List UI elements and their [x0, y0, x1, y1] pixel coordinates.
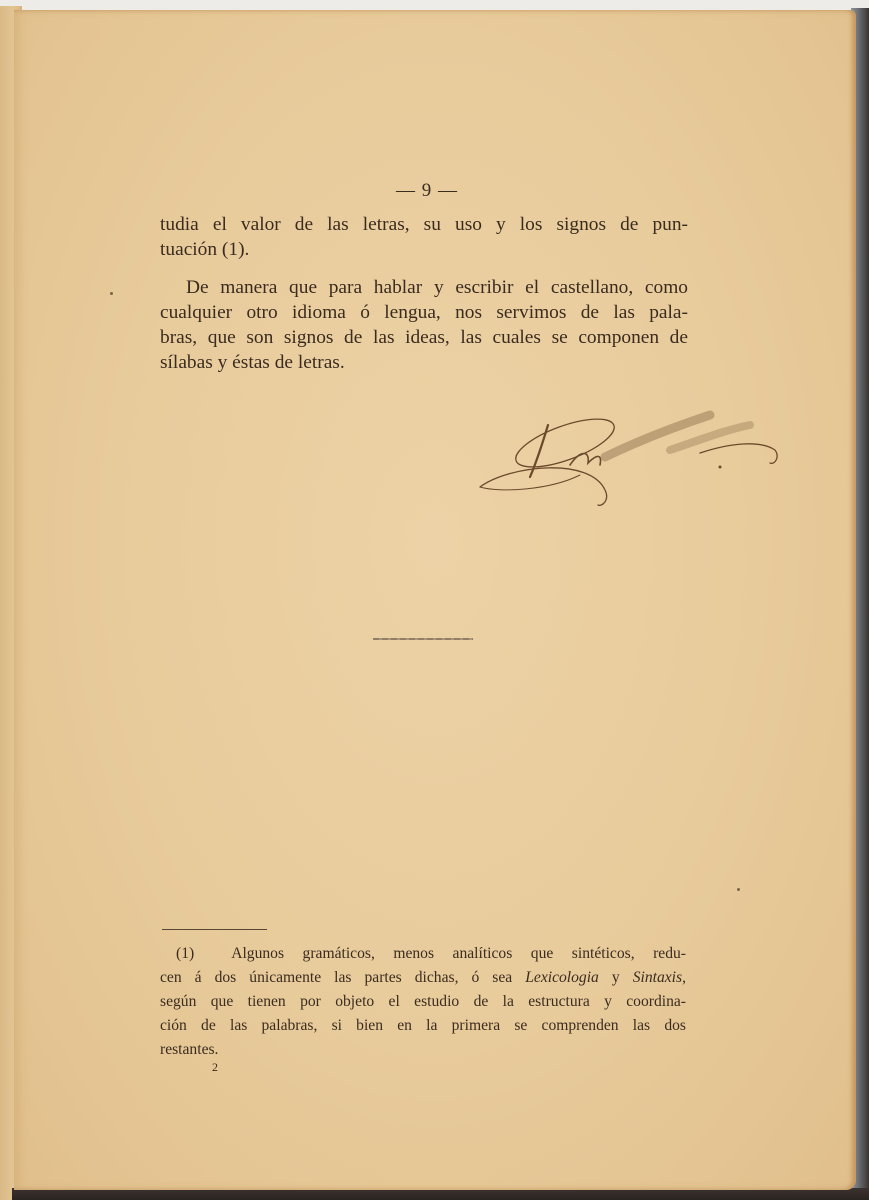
italic-term: Sintaxis: [633, 969, 682, 986]
scan-background-top: [0, 0, 869, 10]
section-ornament-rule: [373, 638, 473, 640]
text-line: bras, que son signos de las ideas, las c…: [160, 325, 688, 350]
paper-speck: [737, 888, 740, 891]
footnote-line: según que tienen por objeto el estudio d…: [160, 990, 686, 1014]
paragraph-2: De manera que para hablar y escribir el …: [160, 275, 688, 375]
printer-signature-mark: 2: [212, 1060, 218, 1075]
footnote-line: (1) Algunos gramáticos, menos analíticos…: [160, 942, 686, 966]
text-line: tuación (1).: [160, 237, 688, 262]
handwritten-signature: [470, 395, 790, 515]
paper-speck: [110, 292, 113, 295]
text-line: De manera que para hablar y escribir el …: [160, 275, 688, 300]
footnote-marker: (1): [176, 945, 194, 962]
footnote-line: ción de las palabras, si bien en la prim…: [160, 1014, 686, 1038]
footnote: (1) Algunos gramáticos, menos analíticos…: [160, 942, 686, 1062]
footnote-separator: [162, 929, 267, 930]
text-line: cualquier otro idioma ó lengua, nos serv…: [160, 300, 688, 325]
paragraph-1: tudia el valor de las letras, su uso y l…: [160, 212, 688, 262]
footnote-line: restantes.: [160, 1038, 686, 1062]
page-number: — 9 —: [392, 180, 462, 202]
footnote-line: cen á dos únicamente las partes dichas, …: [160, 966, 686, 990]
text-line: sílabas y éstas de letras.: [160, 350, 688, 375]
italic-term: Lexicologia: [525, 969, 599, 986]
text-line: tudia el valor de las letras, su uso y l…: [160, 212, 688, 237]
